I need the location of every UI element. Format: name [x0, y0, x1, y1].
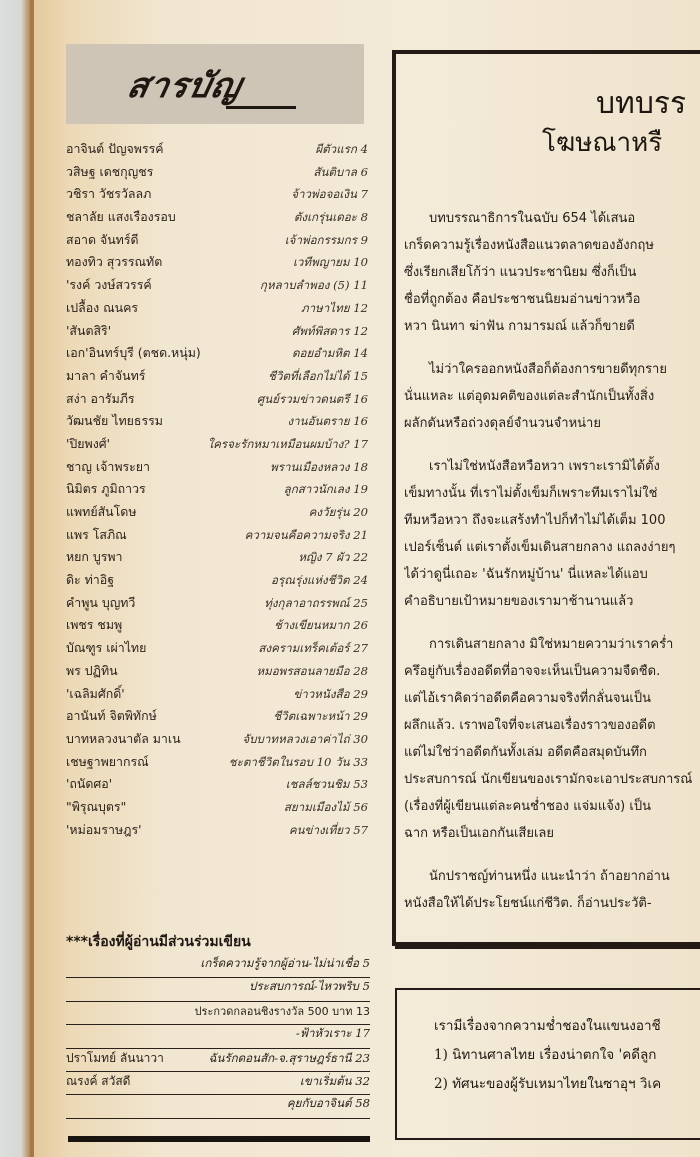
editorial-line: ประสบการณ์ นักเขียนของเรามักจะเอาประสบกา…	[404, 766, 700, 793]
toc-entry-title: เวทีพญายม 10	[293, 254, 368, 272]
toc-entry-title: สงครามเทร็คเต้อร์ 27	[258, 640, 368, 658]
editorial-line: เข็มทางนั้น ที่เราไม่ตั้งเข็มก็เพราะทีมเ…	[404, 480, 700, 507]
toc-entry: วัฒนชัย ไทยธรรมงานอันตราย 16	[66, 412, 368, 435]
toc-entry-page: 29	[353, 687, 368, 701]
toc-entry-author: เชษฐาพยากรณ์	[66, 753, 149, 772]
reader-entry-author: ปราโมทย์ ลันนาวา	[66, 1049, 164, 1068]
editorial-line: เกร็ดความรู้เรื่องหนังสือแนวตลาดของอังกฤ…	[404, 232, 700, 259]
toc-entry-title: กุหลาบลำพอง (5) 11	[260, 277, 368, 295]
toc-entry-page: 12	[353, 324, 368, 338]
toc-entry-page: 33	[353, 755, 368, 769]
toc-entry: อานันท์ จิตพิทักษ์ชีวิตเฉพาะหน้า 29	[66, 707, 368, 730]
toc-entry: 'สันตสิริ'ศัพท์พิสดาร 12	[66, 322, 368, 345]
toc-entry-title: อรุณรุ่งแห่งชีวิต 24	[271, 572, 368, 590]
script-underline-stroke	[226, 106, 296, 109]
toc-entry-page: 21	[353, 528, 368, 542]
editorial-paragraph: การเดินสายกลาง มิใช่หมายความว่าเราคร่ำคร…	[404, 631, 700, 847]
toc-entry-title: สันติบาล 6	[313, 164, 368, 182]
toc-entry-title: ข่าวหนังสือ 29	[293, 686, 368, 704]
editorial-line: นักปราชญ์ท่านหนึ่ง แนะนำว่า ถ้าอยากอ่าน	[404, 863, 700, 890]
toc-entry: สง่า อารัมภีรศูนย์รวมข่าวดนตรี 16	[66, 390, 368, 413]
reader-entry-page: 58	[355, 1096, 370, 1110]
editorial-line: (เรื่องที่ผู้เขียนแต่ละคนช่ำชอง แจ่มแจ้ง…	[404, 793, 700, 820]
editorial-line: หนังสือให้ได้ประโยชน์แก่ชีวิต. ก็อ่านประ…	[404, 890, 700, 917]
reader-entry-title: -ฟ้าหัวเราะ 17	[296, 1025, 370, 1043]
toc-entry-page: 53	[353, 777, 368, 791]
toc-entry-title: ศูนย์รวมข่าวดนตรี 16	[257, 391, 368, 409]
editorial-line: เราไม่ใช่หนังสือหวือหวา เพราะเรามิได้ตั้…	[404, 453, 700, 480]
toc-list: อาจินต์ ปัญจพรรค์ผีตัวแรก 4วสิษฐ เดชกุญช…	[66, 140, 368, 843]
next-issue-line: 2) ทัศนะของผู้รับเหมาไทยในซาอุฯ วิเค	[434, 1072, 700, 1101]
editorial-body: บทบรรณาธิการในฉบับ 654 ได้เสนอเกร็ดความร…	[404, 205, 700, 933]
toc-entry-page: 27	[353, 641, 368, 655]
toc-entry: แพร โสภิณความจนคือความจริง 21	[66, 526, 368, 549]
page-spine-edge	[0, 0, 30, 1157]
toc-entry-title: เจ้าพ่อกรรมกร 9	[285, 232, 368, 250]
toc-entry-title: งานอันตราย 16	[288, 413, 369, 431]
toc-entry-author: แพทย์สันโดษ	[66, 503, 136, 522]
editorial-line: นั่นแหละ แต่อุดมคติของแต่ละสำนักเป็นทั้ง…	[404, 383, 700, 410]
toc-entry-title: ใครจะรักหมาเหมือนผมบ้าง? 17	[208, 436, 368, 454]
toc-entry-title: ความจนคือความจริง 21	[245, 527, 368, 545]
toc-entry: 'หม่อมราษฎร'คนข่างเที่ยว 57	[66, 821, 368, 844]
toc-entry: หยก บูรพาหญิง 7 ผัว 22	[66, 548, 368, 571]
toc-entry-author: วชิรา วัชรวัลลภ	[66, 185, 151, 204]
editorial-paragraph: บทบรรณาธิการในฉบับ 654 ได้เสนอเกร็ดความร…	[404, 205, 700, 340]
toc-entry: ทองทิว สุวรรณทัตเวทีพญายม 10	[66, 253, 368, 276]
toc-entry-title: ศัพท์พิสดาร 12	[292, 323, 368, 341]
editorial-paragraph: ไม่ว่าใครออกหนังสือก็ต้องการขายดีทุกรายน…	[404, 356, 700, 437]
reader-entry: คุยกับอาจินต์ 58	[66, 1095, 370, 1118]
toc-entry-author: "พิรุณบุตร"	[66, 798, 126, 817]
toc-entry-author: 'หม่อมราษฎร'	[66, 821, 142, 840]
toc-entry-page: 22	[353, 550, 368, 564]
toc-entry-page: 10	[353, 255, 368, 269]
toc-entry-author: บาทหลวงนาตัล มาเน	[66, 730, 181, 749]
next-issue-text: เรามีเรื่องจากความช่ำชองในแขนงอาชี1) นิท…	[434, 1014, 700, 1101]
toc-entry-page: 30	[353, 732, 368, 746]
editorial-line: การเดินสายกลาง มิใช่หมายความว่าเราคร่ำ	[404, 631, 700, 658]
toc-entry-page: 28	[353, 664, 368, 678]
toc-entry-author: อาจินต์ ปัญจพรรค์	[66, 140, 164, 159]
toc-entry-author: ทองทิว สุวรรณทัต	[66, 253, 162, 272]
toc-entry-title: ลูกสาวนักเลง 19	[284, 481, 368, 499]
toc-entry: 'เฉลิมศักดิ์'ข่าวหนังสือ 29	[66, 685, 368, 708]
toc-entry-page: 6	[361, 165, 368, 179]
editorial-title: บทบรร	[596, 80, 686, 127]
toc-entry-page: 4	[361, 142, 368, 156]
toc-entry-title: คนข่างเที่ยว 57	[289, 822, 368, 840]
toc-entry: สอาด จันทร์ดีเจ้าพ่อกรรมกร 9	[66, 231, 368, 254]
toc-entry-author: 'เฉลิมศักดิ์'	[66, 685, 125, 704]
editorial-line: ทีมหวือหวา ถึงจะแสร้งทำไปก็ทำไม่ได้เต็ม …	[404, 507, 700, 534]
toc-entry-author: วสิษฐ เดชกุญชร	[66, 163, 153, 182]
editorial-line: แต่ไม่ใช่ว่าอดีตกันทั้งเล่ม อดีตคือสมุดบ…	[404, 739, 700, 766]
toc-entry: เชษฐาพยากรณ์ชะตาชีวิตในรอบ 10 วัน 33	[66, 753, 368, 776]
reader-entry: เกร็ดความรู้จากผู้อ่าน-ไม่น่าเชื่อ 5	[66, 955, 370, 978]
toc-entry: บาทหลวงนาตัล มาเนจับบาทหลวงเอาค่าไถ่ 30	[66, 730, 368, 753]
editorial-line: ครึอยู่กับเรื่องอดีตที่อาจจะเห็นเป็นความ…	[404, 658, 700, 685]
editorial-line: ผลักดันหรือถ่วงดุลย์จำนวนจำหน่าย	[404, 410, 700, 437]
toc-entry-title: พรานเมืองหลวง 18	[270, 459, 368, 477]
toc-entry-page: 8	[361, 210, 368, 224]
toc-entry-page: 7	[361, 187, 368, 201]
toc-entry-page: 11	[353, 278, 368, 292]
reader-entry-title: เกร็ดความรู้จากผู้อ่าน-ไม่น่าเชื่อ 5	[200, 955, 370, 973]
toc-script-title: สารบัญ	[122, 58, 247, 112]
reader-entry-title: คุยกับอาจินต์ 58	[287, 1095, 370, 1113]
toc-header-panel: สารบัญ	[66, 44, 364, 124]
toc-entry-page: 29	[353, 709, 368, 723]
toc-entry-title: ชีวิตที่เลือกไม่ได้ 15	[268, 368, 368, 386]
toc-entry-author: อานันท์ จิตพิทักษ์	[66, 707, 157, 726]
toc-entry: "พิรุณบุตร"สยามเมืองไม้ 56	[66, 798, 368, 821]
toc-entry-author: เปลื้อง ณนคร	[66, 299, 138, 318]
toc-entry-page: 16	[353, 392, 368, 406]
toc-entry-author: วัฒนชัย ไทยธรรม	[66, 412, 163, 431]
toc-entry-author: เอก'อินทร์บุรี (ตชด.หนุ่ม)	[66, 344, 201, 363]
toc-entry-title: ชะตาชีวิตในรอบ 10 วัน 33	[229, 754, 368, 772]
toc-entry-title: เชลล์ชวนชิม 53	[286, 776, 368, 794]
reader-entry-title: ประสบการณ์-ไหวพริบ 5	[249, 978, 370, 996]
reader-section-list: เกร็ดความรู้จากผู้อ่าน-ไม่น่าเชื่อ 5ประส…	[66, 955, 370, 1119]
toc-entry-author: 'สันตสิริ'	[66, 322, 111, 341]
editorial-line: แต่ไอ้เราคิดว่าอดีตคือความจริงที่กลั่นจน…	[404, 685, 700, 712]
next-issue-line: เรามีเรื่องจากความช่ำชองในแขนงอาชี	[434, 1014, 700, 1043]
toc-entry: วสิษฐ เดชกุญชรสันติบาล 6	[66, 163, 368, 186]
toc-entry-author: หยก บูรพา	[66, 548, 123, 567]
editorial-line: คำอธิบายเป้าหมายของเรามาช้านานแล้ว	[404, 588, 700, 615]
toc-entry-page: 56	[353, 800, 368, 814]
toc-entry: วชิรา วัชรวัลลภจ้าวพ่อจอเงิน 7	[66, 185, 368, 208]
reader-entry-page: 23	[355, 1051, 370, 1065]
toc-entry: พร ปฏิทินหมอพรสอนลายมือ 28	[66, 662, 368, 685]
toc-entry-author: เพชร ชมพู	[66, 616, 122, 635]
toc-entry-page: 19	[353, 482, 368, 496]
reader-entry: ประสบการณ์-ไหวพริบ 5	[66, 978, 370, 1001]
toc-entry-page: 12	[353, 301, 368, 315]
reader-entry-page: 32	[355, 1074, 370, 1088]
toc-entry-title: คงวัยรุ่น 20	[309, 504, 368, 522]
toc-entry: อาจินต์ ปัญจพรรค์ผีตัวแรก 4	[66, 140, 368, 163]
toc-entry-title: สยามเมืองไม้ 56	[284, 799, 368, 817]
toc-entry: นิมิตร ภูมิถาวรลูกสาวนักเลง 19	[66, 480, 368, 503]
editorial-paragraph: เราไม่ใช่หนังสือหวือหวา เพราะเรามิได้ตั้…	[404, 453, 700, 615]
toc-entry: 'ถนัดศอ'เชลล์ชวนชิม 53	[66, 775, 368, 798]
toc-entry-title: จ้าวพ่อจอเงิน 7	[291, 186, 368, 204]
toc-entry-author: พร ปฏิทิน	[66, 662, 118, 681]
toc-entry-title: ทุ่งกุลาอาถรรพณ์ 25	[264, 595, 368, 613]
toc-entry: ชลาลัย แสงเรืองรอบตังเกรุ่นเดอะ 8	[66, 208, 368, 231]
editorial-line: เปอร์เซ็นต์ แต่เราตั้งเข็มเดินสายกลาง แถ…	[404, 534, 700, 561]
reader-entry-page: 5	[363, 979, 370, 993]
toc-entry: มาลา คำจันทร์ชีวิตที่เลือกไม่ได้ 15	[66, 367, 368, 390]
toc-entry: เอก'อินทร์บุรี (ตชด.หนุ่ม)ดอยอำมหิต 14	[66, 344, 368, 367]
toc-entry-title: หญิง 7 ผัว 22	[298, 549, 368, 567]
toc-entry-author: ชาญ เจ้าพระยา	[66, 458, 150, 477]
toc-entry-author: แพร โสภิณ	[66, 526, 127, 545]
toc-entry: 'ปิยพงศ์'ใครจะรักหมาเหมือนผมบ้าง? 17	[66, 435, 368, 458]
toc-entry-author: 'รงค์ วงษ์สวรรค์	[66, 276, 152, 295]
toc-entry-title: ดอยอำมหิต 14	[292, 345, 368, 363]
toc-entry: บัณฑูร เผ่าไทยสงครามเทร็คเต้อร์ 27	[66, 639, 368, 662]
toc-entry-page: 14	[353, 346, 368, 360]
reader-entry-page: 13	[356, 1005, 370, 1018]
reader-entry-page: 5	[363, 956, 370, 970]
toc-entry-author: คำพูน บุญทวี	[66, 594, 135, 613]
editorial-line: บทบรรณาธิการในฉบับ 654 ได้เสนอ	[404, 205, 700, 232]
toc-entry: 'รงค์ วงษ์สวรรค์กุหลาบลำพอง (5) 11	[66, 276, 368, 299]
toc-entry-title: ตังเกรุ่นเดอะ 8	[294, 209, 368, 227]
toc-entry-title: จับบาทหลวงเอาค่าไถ่ 30	[242, 731, 368, 749]
toc-entry-author: ดิะ ท่าอิฐ	[66, 571, 114, 590]
toc-bottom-rule	[68, 1136, 370, 1142]
editorial-paragraph: นักปราชญ์ท่านหนึ่ง แนะนำว่า ถ้าอยากอ่านห…	[404, 863, 700, 917]
toc-entry-title: ช้างเขียนหมาก 26	[274, 617, 368, 635]
reader-entry-author: ณรงค์ สวัสดี	[66, 1072, 130, 1091]
toc-entry-author: 'ปิยพงศ์'	[66, 435, 110, 454]
editorial-line: ชื่อที่ถูกต้อง คือประชาชนนิยมอ่านข่าวหวื…	[404, 286, 700, 313]
editorial-line: ไม่ว่าใครออกหนังสือก็ต้องการขายดีทุกราย	[404, 356, 700, 383]
reader-section-heading: ***เรื่องที่ผู้อ่านมีส่วนร่วมเขียน	[66, 931, 251, 953]
toc-entry-author: สง่า อารัมภีร	[66, 390, 135, 409]
editorial-line: ฉาก หรือเป็นเอกกันเสียเลย	[404, 820, 700, 847]
toc-entry: แพทย์สันโดษคงวัยรุ่น 20	[66, 503, 368, 526]
toc-entry-author: 'ถนัดศอ'	[66, 775, 112, 794]
toc-entry-page: 15	[353, 369, 368, 383]
toc-entry-author: บัณฑูร เผ่าไทย	[66, 639, 146, 658]
reader-entry: ปราโมทย์ ลันนาวาฉันรักดอนสัก-จ.สุราษฎร์ธ…	[66, 1049, 370, 1072]
reader-entry: ประกวดกลอนชิงรางวัล 500 บาท 13	[66, 1002, 370, 1025]
toc-entry: เปลื้อง ณนครภาษาไทย 12	[66, 299, 368, 322]
reader-entry-title: เขาเริ่มต้น 32	[300, 1073, 370, 1091]
toc-entry-page: 24	[353, 573, 368, 587]
toc-entry: ดิะ ท่าอิฐอรุณรุ่งแห่งชีวิต 24	[66, 571, 368, 594]
toc-entry-page: 20	[353, 505, 368, 519]
toc-entry-page: 18	[353, 460, 368, 474]
toc-entry: คำพูน บุญทวีทุ่งกุลาอาถรรพณ์ 25	[66, 594, 368, 617]
toc-entry-page: 25	[353, 596, 368, 610]
toc-entry-page: 17	[353, 437, 368, 451]
toc-entry-author: สอาด จันทร์ดี	[66, 231, 139, 250]
toc-entry-author: มาลา คำจันทร์	[66, 367, 145, 386]
toc-entry-page: 9	[361, 233, 368, 247]
toc-entry-author: นิมิตร ภูมิถาวร	[66, 480, 146, 499]
toc-entry-title: ภาษาไทย 12	[301, 300, 368, 318]
toc-entry: เพชร ชมพูช้างเขียนหมาก 26	[66, 616, 368, 639]
editorial-line: ได้ว่าดูนี่เถอะ 'ฉันรักหมู่บ้าน' นี่แหละ…	[404, 561, 700, 588]
next-issue-line: 1) นิทานศาลไทย เรื่องน่าตกใจ 'คดีลูก	[434, 1043, 700, 1072]
editorial-line: ซึ่งเรียกเสียโก้ว่า แนวประชานิยม ซึ่งก็เ…	[404, 259, 700, 286]
toc-entry-title: ผีตัวแรก 4	[315, 141, 368, 159]
toc-entry-page: 16	[353, 414, 368, 428]
editorial-subtitle: โฆษณาหรื	[542, 122, 662, 163]
toc-entry-page: 26	[353, 618, 368, 632]
reader-entry: ณรงค์ สวัสดีเขาเริ่มต้น 32	[66, 1072, 370, 1095]
reader-entry-title: ประกวดกลอนชิงรางวัล 500 บาท 13	[195, 1002, 370, 1020]
reader-entry-title: ฉันรักดอนสัก-จ.สุราษฎร์ธานี 23	[209, 1050, 370, 1068]
toc-entry-title: ชีวิตเฉพาะหน้า 29	[273, 708, 368, 726]
toc-entry-title: หมอพรสอนลายมือ 28	[256, 663, 368, 681]
toc-entry-author: ชลาลัย แสงเรืองรอบ	[66, 208, 176, 227]
editorial-line: ผลึกแล้ว. เราพอใจที่จะเสนอเรื่องราวของอด…	[404, 712, 700, 739]
editorial-line: หวา นินทา ฆ่าฟัน กามารมณ์ แล้วก็ขายดี	[404, 313, 700, 340]
toc-entry: ชาญ เจ้าพระยาพรานเมืองหลวง 18	[66, 458, 368, 481]
reader-entry: -ฟ้าหัวเราะ 17	[66, 1025, 370, 1048]
toc-entry-page: 57	[353, 823, 368, 837]
reader-entry-page: 17	[355, 1026, 370, 1040]
